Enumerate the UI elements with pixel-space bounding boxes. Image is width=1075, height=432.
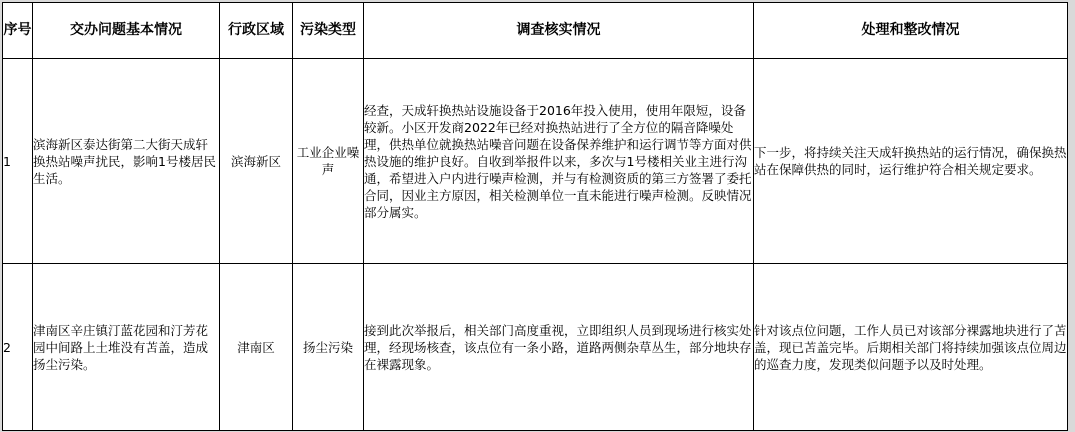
- cell-seq: 2: [3, 264, 33, 431]
- cell-pollution-type: 扬尘污染: [293, 264, 364, 431]
- cell-region: 津南区: [220, 264, 293, 431]
- table-row: 2 津南区辛庄镇汀蓝花园和汀芳花园中间路上土堆没有苫盖，造成扬尘污染。 津南区 …: [3, 264, 1068, 431]
- cell-handling: 下一步，将持续关注天成轩换热站的运行情况，确保换热站在保障供热的同时，运行维护符…: [754, 59, 1068, 264]
- cell-basic-info: 津南区辛庄镇汀蓝花园和汀芳花园中间路上土堆没有苫盖，造成扬尘污染。: [33, 264, 220, 431]
- header-survey: 调查核实情况: [364, 3, 754, 59]
- header-handling: 处理和整改情况: [754, 3, 1068, 59]
- cell-pollution-type: 工业企业噪声: [293, 59, 364, 264]
- cell-survey: 接到此次举报后，相关部门高度重视，立即组织人员到现场进行核实处理，经现场核查，该…: [364, 264, 754, 431]
- header-region: 行政区域: [220, 3, 293, 59]
- table-row: 1 滨海新区泰达街第二大街天成轩换热站噪声扰民，影响1号楼居民生活。 滨海新区 …: [3, 59, 1068, 264]
- cell-survey: 经查，天成轩换热站设施设备于2016年投入使用，使用年限短，设备较新。小区开发商…: [364, 59, 754, 264]
- header-pollution-type: 污染类型: [293, 3, 364, 59]
- complaint-table: 序号 交办问题基本情况 行政区域 污染类型 调查核实情况 处理和整改情况 1 滨…: [2, 2, 1068, 431]
- cell-seq: 1: [3, 59, 33, 264]
- cell-handling: 针对该点位问题，工作人员已对该部分裸露地块进行了苫盖，现已苫盖完毕。后期相关部门…: [754, 264, 1068, 431]
- header-seq: 序号: [3, 3, 33, 59]
- cell-region: 滨海新区: [220, 59, 293, 264]
- table-header-row: 序号 交办问题基本情况 行政区域 污染类型 调查核实情况 处理和整改情况: [3, 3, 1068, 59]
- header-basic-info: 交办问题基本情况: [33, 3, 220, 59]
- document-frame: 序号 交办问题基本情况 行政区域 污染类型 调查核实情况 处理和整改情况 1 滨…: [0, 0, 1075, 432]
- cell-basic-info: 滨海新区泰达街第二大街天成轩换热站噪声扰民，影响1号楼居民生活。: [33, 59, 220, 264]
